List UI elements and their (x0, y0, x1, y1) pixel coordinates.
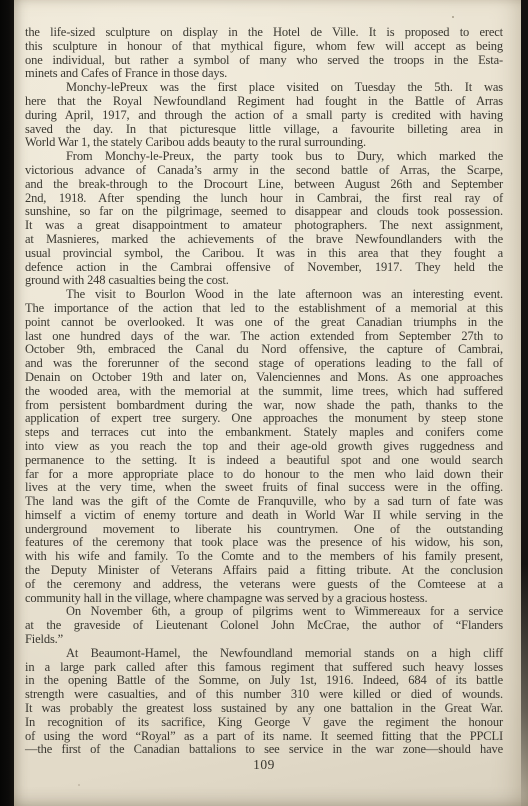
paper-speck (452, 16, 454, 18)
text-line: and was the forerunner of the second sta… (25, 357, 503, 371)
text-line: into view as you reach the top and their… (25, 440, 503, 454)
text-line: the life-sized sculpture on display in t… (25, 26, 503, 40)
text-line: far for a more appropriate place to do h… (25, 468, 503, 482)
text-line: permanence to the setting. It is indeed … (25, 454, 503, 468)
text-line: Fields.” (25, 633, 503, 647)
text-line: of the ceremony and address, the veteran… (25, 578, 503, 592)
text-line: point cannot be overlooked. It was one o… (25, 316, 503, 330)
text-line: From Monchy-le-Preux, the party took bus… (25, 150, 503, 164)
text-line: —the first of the Canadian battalions to… (25, 743, 503, 757)
text-line: application of expert tree surgery. One … (25, 412, 503, 426)
text-line: Denain on October 19th and later on, Val… (25, 371, 503, 385)
text-line: underground movement to liberate his cou… (25, 523, 503, 537)
text-line: during April, 1917, and through the acti… (25, 109, 503, 123)
text-line: in the opening Battle of the Somme, on J… (25, 674, 503, 688)
text-line: this sculpture in honour of that mythica… (25, 40, 503, 54)
body-text: the life-sized sculpture on display in t… (25, 26, 503, 757)
text-line: 2nd, 1918. After spending the lunch hour… (25, 192, 503, 206)
text-line: defence action in the Cambrai offensive … (25, 261, 503, 275)
text-line: On November 6th, a group of pilgrims wen… (25, 605, 503, 619)
text-line: saved the day. In that picturesque littl… (25, 123, 503, 137)
scanned-book-page: the life-sized sculpture on display in t… (0, 0, 528, 806)
text-line: strength were casualties, and of this nu… (25, 688, 503, 702)
text-line: himself a victim of enemy torture and de… (25, 509, 503, 523)
text-line: World War 1, the stately Caribou adds be… (25, 136, 503, 150)
text-line: The visit to Bourlon Wood in the late af… (25, 288, 503, 302)
text-line: usual provincial symbol, the Caribou. It… (25, 247, 503, 261)
text-line: October 9th, embraced the Canal du Nord … (25, 343, 503, 357)
text-line: minets and Cafes of France in those days… (25, 67, 503, 81)
page-surface: the life-sized sculpture on display in t… (14, 0, 528, 806)
text-line: It was a great disappointment to amateur… (25, 219, 503, 233)
text-line: at the graveside of Lieutenant Colonel J… (25, 619, 503, 633)
paper-speck (78, 784, 80, 786)
text-line: The importance of the action that led to… (25, 302, 503, 316)
text-line: last one hundred days of the war. The ac… (25, 330, 503, 344)
text-line: It was probably the greatest loss sustai… (25, 702, 503, 716)
text-line: and the break-through to the Drocourt Li… (25, 178, 503, 192)
text-line: At Beaumont-Hamel, the Newfoundland memo… (25, 647, 503, 661)
text-line: in a large park called after this famous… (25, 661, 503, 675)
text-line: the wooded area, with the memorial at th… (25, 385, 503, 399)
text-line: steps and terraces cut into the embankme… (25, 426, 503, 440)
text-line: sunshine, so far on the pilgrimage, seem… (25, 205, 503, 219)
text-line: of using the word “Royal” as a part of i… (25, 730, 503, 744)
text-line: lives at the very time, when the sweet f… (25, 481, 503, 495)
page-right-edge-shadow (521, 0, 528, 806)
text-line: features of the ceremony that took place… (25, 536, 503, 550)
text-line: here that the Royal Newfoundland Regimen… (25, 95, 503, 109)
text-line: Monchy-lePreux was the first place visit… (25, 81, 503, 95)
text-line: The land was the gift of the Comte de Fr… (25, 495, 503, 509)
text-line: one individual, but rather a symbol of m… (25, 54, 503, 68)
text-line: ground with 248 casualties being the cos… (25, 274, 503, 288)
page-number: 109 (25, 757, 503, 773)
text-line: from persistent bombardment during the w… (25, 399, 503, 413)
text-line: at Masnieres, marked the achievements of… (25, 233, 503, 247)
text-line: community hall in the village, where cha… (25, 592, 503, 606)
text-line: In recognition of its sacrifice, King Ge… (25, 716, 503, 730)
text-line: the Deputy Minister of Veterans Affairs … (25, 564, 503, 578)
text-line: victorious advance of Canada’s army in t… (25, 164, 503, 178)
text-line: with his wife and family. To the Comte a… (25, 550, 503, 564)
book-binding-edge (0, 0, 14, 806)
